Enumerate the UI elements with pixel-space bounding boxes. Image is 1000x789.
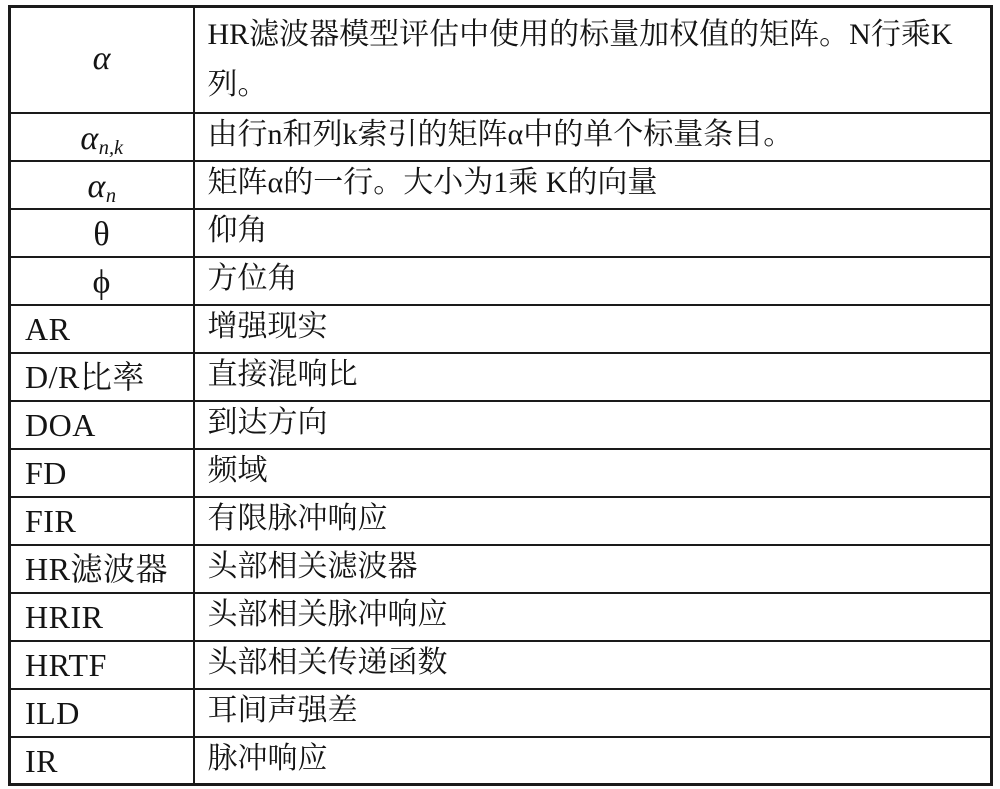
symbol-base: HRIR (25, 599, 103, 635)
symbol-base: ILD (25, 695, 80, 731)
symbol-base: AR (25, 311, 70, 347)
description-cell: 有限脉冲响应 (194, 497, 992, 545)
table-row: IR脉冲响应 (10, 737, 992, 785)
symbol-cell: α (10, 7, 194, 113)
table-row: HR滤波器头部相关滤波器 (10, 545, 992, 593)
table-row: ϕ方位角 (10, 257, 992, 305)
table-row: FD频域 (10, 449, 992, 497)
table-row: HRTF头部相关传递函数 (10, 641, 992, 689)
symbol-base: HR滤波器 (25, 551, 168, 587)
symbol-cell: IR (10, 737, 194, 785)
symbol-cell: HRTF (10, 641, 194, 689)
symbol-cell: HR滤波器 (10, 545, 194, 593)
table-row: AR增强现实 (10, 305, 992, 353)
symbol-base: FD (25, 455, 67, 491)
description-cell: 增强现实 (194, 305, 992, 353)
table-row: HRIR头部相关脉冲响应 (10, 593, 992, 641)
description-text: 到达方向 (208, 406, 328, 439)
description-text: 头部相关脉冲响应 (208, 598, 448, 631)
description-cell: 头部相关滤波器 (194, 545, 992, 593)
description-text: 有限脉冲响应 (208, 502, 388, 535)
symbol-base: α (80, 120, 98, 157)
symbol-base: α (87, 168, 105, 205)
table-row: θ仰角 (10, 209, 992, 257)
description-cell: 到达方向 (194, 401, 992, 449)
symbol-base: HRTF (25, 647, 107, 683)
description-cell: 由行n和列k索引的矩阵α中的单个标量条目。 (194, 113, 992, 161)
table-row: αn,k由行n和列k索引的矩阵α中的单个标量条目。 (10, 113, 992, 161)
table-row: αn矩阵α的一行。大小为1乘 K的向量 (10, 161, 992, 209)
description-text: 仰角 (208, 214, 268, 247)
description-text: 由行n和列k索引的矩阵α中的单个标量条目。 (208, 118, 794, 151)
description-cell: 脉冲响应 (194, 737, 992, 785)
description-text: 增强现实 (208, 310, 328, 343)
symbol-subscript: n (106, 185, 116, 207)
description-text: 头部相关传递函数 (208, 646, 448, 679)
description-text: 矩阵α的一行。大小为1乘 K的向量 (208, 166, 658, 199)
symbol-base: DOA (25, 407, 96, 443)
symbol-cell: αn (10, 161, 194, 209)
table-row: DOA到达方向 (10, 401, 992, 449)
symbol-cell: ILD (10, 689, 194, 737)
description-text: 头部相关滤波器 (208, 550, 418, 583)
description-text: 耳间声强差 (208, 694, 358, 727)
table-row: ILD耳间声强差 (10, 689, 992, 737)
table-row: FIR有限脉冲响应 (10, 497, 992, 545)
symbol-base: α (93, 40, 111, 77)
description-cell: 频域 (194, 449, 992, 497)
symbol-cell: ϕ (10, 257, 194, 305)
description-text: 直接混响比 (208, 358, 358, 391)
description-cell: 头部相关传递函数 (194, 641, 992, 689)
description-cell: 头部相关脉冲响应 (194, 593, 992, 641)
symbol-base: FIR (25, 503, 76, 539)
description-text: 方位角 (208, 262, 298, 295)
symbol-base: IR (25, 743, 58, 779)
symbol-base: D/R比率 (25, 359, 145, 395)
glossary-table: αHR滤波器模型评估中使用的标量加权值的矩阵。N行乘K 列。αn,k由行n和列k… (8, 5, 993, 786)
symbol-base: ϕ (93, 264, 111, 301)
description-cell: 直接混响比 (194, 353, 992, 401)
description-text: 脉冲响应 (208, 742, 328, 775)
symbol-cell: θ (10, 209, 194, 257)
symbol-cell: DOA (10, 401, 194, 449)
description-text: 频域 (208, 454, 268, 487)
symbol-cell: FD (10, 449, 194, 497)
glossary-table-body: αHR滤波器模型评估中使用的标量加权值的矩阵。N行乘K 列。αn,k由行n和列k… (10, 7, 992, 785)
description-cell: 耳间声强差 (194, 689, 992, 737)
description-cell: 方位角 (194, 257, 992, 305)
symbol-cell: D/R比率 (10, 353, 194, 401)
table-row: D/R比率直接混响比 (10, 353, 992, 401)
description-cell: 矩阵α的一行。大小为1乘 K的向量 (194, 161, 992, 209)
description-cell: HR滤波器模型评估中使用的标量加权值的矩阵。N行乘K 列。 (194, 7, 992, 113)
description-cell: 仰角 (194, 209, 992, 257)
symbol-cell: AR (10, 305, 194, 353)
symbol-cell: HRIR (10, 593, 194, 641)
symbol-base: θ (93, 216, 110, 253)
description-text: HR滤波器模型评估中使用的标量加权值的矩阵。N行乘K 列。 (208, 18, 953, 101)
symbol-subscript: n,k (99, 137, 123, 159)
symbol-cell: FIR (10, 497, 194, 545)
symbol-cell: αn,k (10, 113, 194, 161)
table-row: αHR滤波器模型评估中使用的标量加权值的矩阵。N行乘K 列。 (10, 7, 992, 113)
document-page: αHR滤波器模型评估中使用的标量加权值的矩阵。N行乘K 列。αn,k由行n和列k… (0, 0, 1000, 789)
